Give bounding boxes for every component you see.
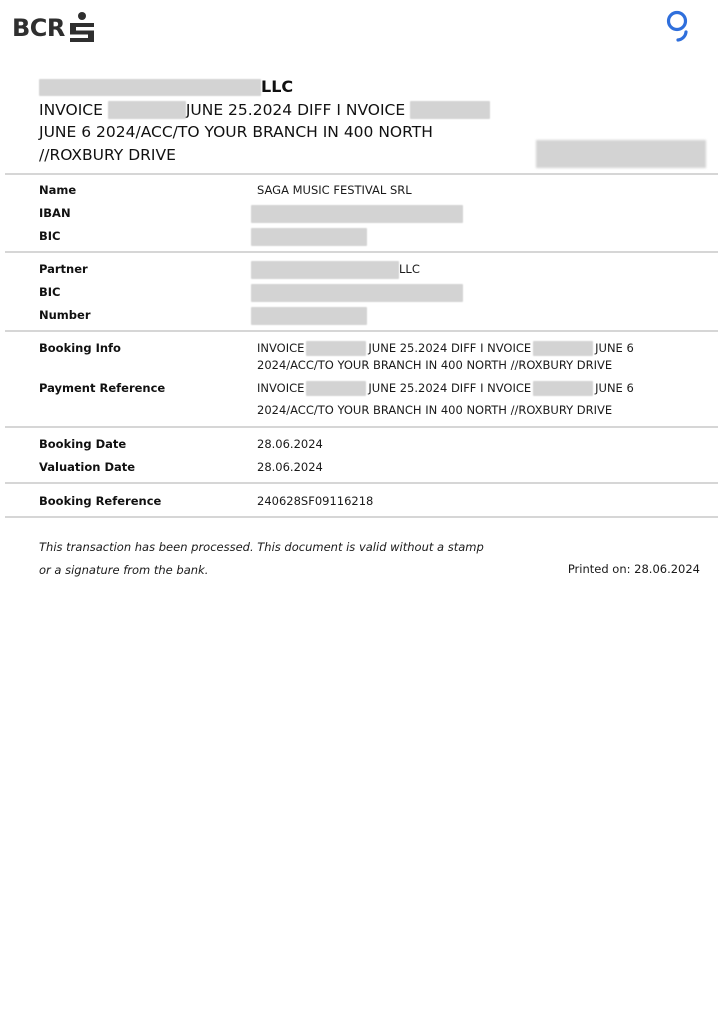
validity-note: This transaction has been processed. Thi…	[39, 536, 539, 581]
name-row: Name SAGA MUSIC FESTIVAL SRL	[39, 179, 699, 202]
printed-on: Printed on: 28.06.2024	[568, 558, 700, 581]
partner-row: Partner LLC	[39, 258, 699, 281]
redacted-block	[410, 101, 490, 119]
redacted-partner-bic	[251, 284, 463, 302]
divider	[5, 330, 718, 332]
title-suffix: LLC	[261, 77, 293, 96]
redacted-number	[251, 307, 367, 325]
bcr-s-mark-icon	[70, 12, 94, 44]
payment-reference-value: INVOICEJUNE 25.2024 DIFF I NVOICEJUNE 6 …	[257, 377, 699, 421]
redacted-amount	[536, 140, 706, 168]
iban-row: IBAN	[39, 202, 699, 225]
divider	[5, 251, 718, 253]
redacted-partner	[251, 261, 399, 279]
booking-reference-row: Booking Reference 240628SF09116218	[39, 490, 699, 513]
divider	[5, 516, 718, 518]
recipient-title: LLC	[39, 76, 679, 99]
redacted-bic	[251, 228, 367, 246]
bcr-logo: BCR	[12, 12, 94, 44]
partner-bic-row: BIC	[39, 281, 699, 304]
divider	[5, 426, 718, 428]
header-line-1: INVOICE JUNE 25.2024 DIFF I NVOICE	[39, 99, 679, 122]
payment-reference-row: Payment Reference INVOICEJUNE 25.2024 DI…	[39, 377, 699, 421]
redacted-block	[108, 101, 186, 119]
divider	[5, 173, 718, 175]
booking-info-row: Booking Info INVOICEJUNE 25.2024 DIFF I …	[39, 337, 699, 374]
redacted-block	[39, 79, 261, 96]
valuation-date-row: Valuation Date 28.06.2024	[39, 456, 699, 479]
redacted-iban	[251, 205, 463, 223]
booking-date-row: Booking Date 28.06.2024	[39, 433, 699, 456]
booking-info-value: INVOICEJUNE 25.2024 DIFF I NVOICEJUNE 6 …	[257, 337, 699, 374]
george-g-icon[interactable]	[665, 9, 691, 43]
logo-text: BCR	[12, 16, 65, 40]
divider	[5, 482, 718, 484]
partner-number-row: Number	[39, 304, 699, 327]
bic-row: BIC	[39, 225, 699, 248]
